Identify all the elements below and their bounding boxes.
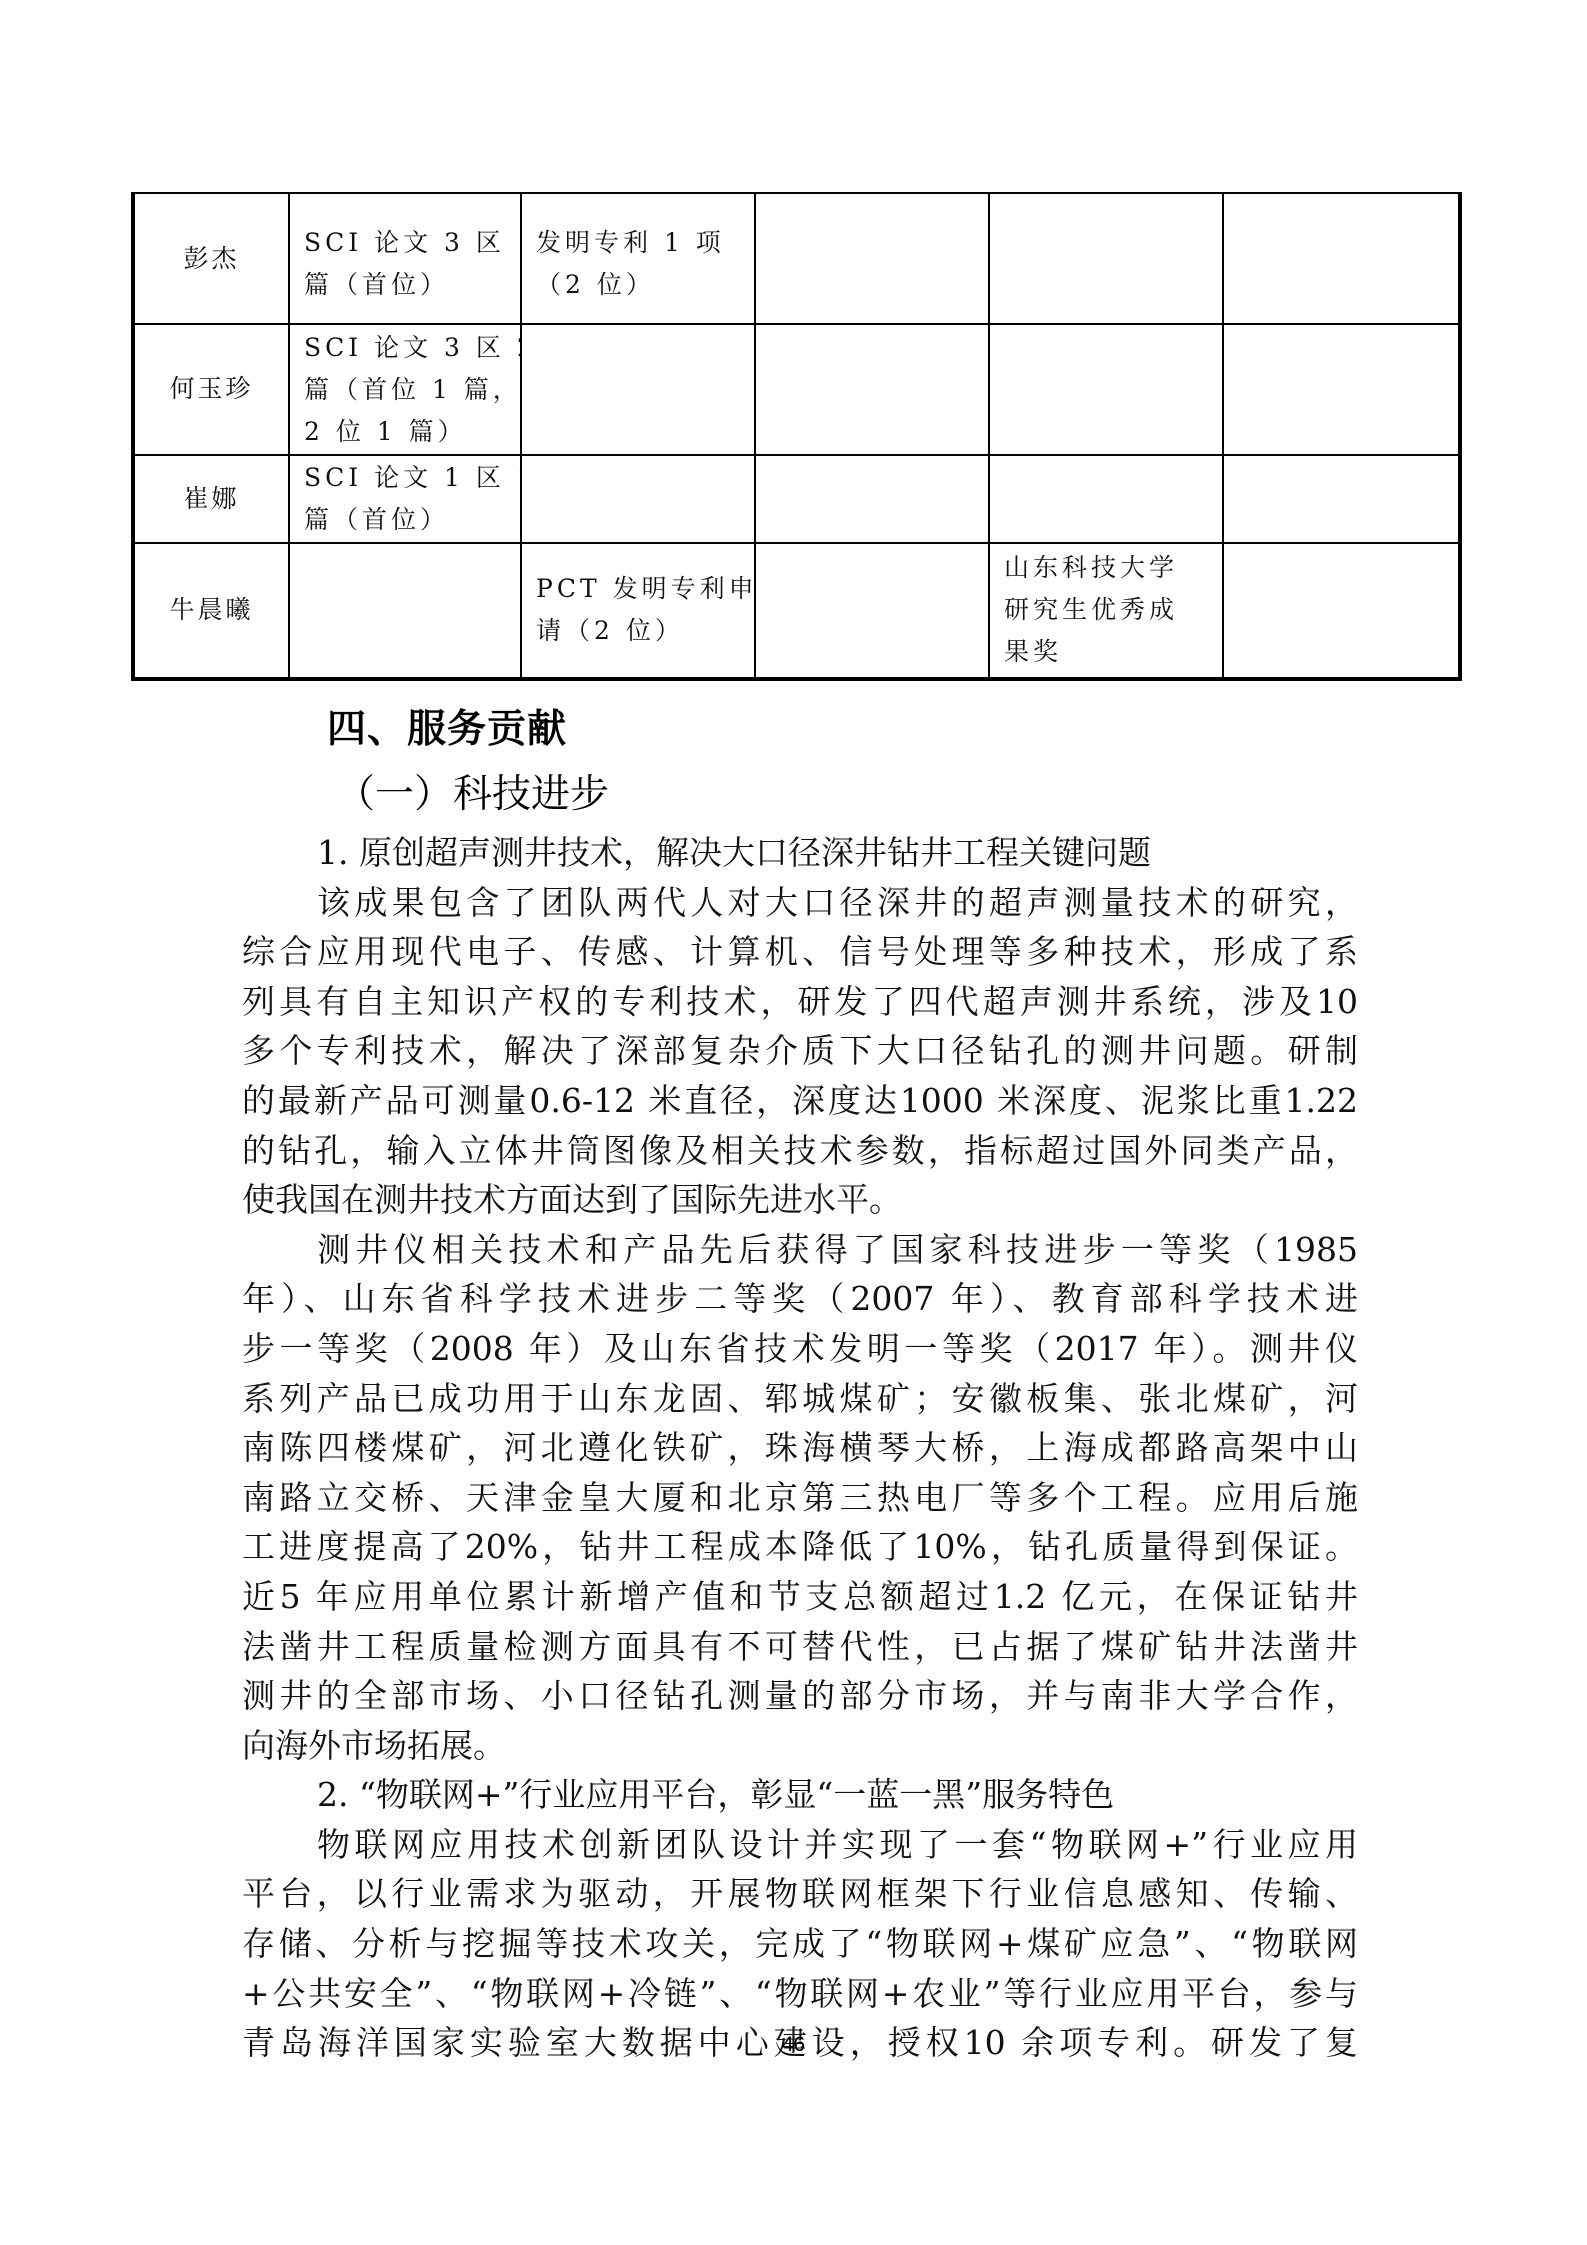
empty-cell	[1223, 455, 1460, 543]
paragraph-line: 工进度提高了20%，钻井工程成本降低了10%，钻孔质量得到保证。	[242, 1522, 1358, 1572]
paragraph-line: 使我国在测井技术方面达到了国际先进水平。	[242, 1175, 1358, 1225]
member-name: 崔娜	[183, 484, 239, 513]
body-text: 1. 原创超声测井技术，解决大口径深井钻井工程关键问题 该成果包含了团队两代人对…	[242, 828, 1358, 2068]
cell-text: SCI 论文 1 区 1	[304, 457, 510, 499]
table-row: 牛晨曦 PCT 发明专利申 请（2 位） 山东科技大学 研究生优秀成 果奖	[133, 543, 1460, 679]
paragraph-line: 测井的全部市场、小口径钻孔测量的部分市场，并与南非大学合作，	[242, 1671, 1358, 1721]
empty-cell	[755, 543, 989, 679]
item-title: 2. “物联网+”行业应用平台，彰显“一蓝一黑”服务特色	[242, 1770, 1358, 1820]
award-cell: 山东科技大学 研究生优秀成 果奖	[989, 543, 1223, 679]
paper-cell: SCI 论文 3 区 2 篇（首位 1 篇， 2 位 1 篇）	[289, 324, 521, 454]
subsection-heading: （一）科技进步	[336, 770, 609, 820]
patent-cell: PCT 发明专利申 请（2 位）	[521, 543, 755, 679]
empty-cell	[989, 193, 1223, 324]
empty-cell	[521, 324, 755, 454]
cell-text: 果奖	[1004, 631, 1212, 673]
empty-cell	[755, 324, 989, 454]
page-number: 46	[0, 2033, 1587, 2057]
paragraph-line: 列具有自主知识产权的专利技术，研发了四代超声测井系统，涉及10	[242, 977, 1358, 1027]
paragraph-line: 步一等奖（2008 年）及山东省技术发明一等奖（2017 年）。测井仪	[242, 1324, 1358, 1374]
document-page: 彭杰 SCI 论文 3 区 1 篇（首位） 发明专利 1 项 （2 位） 何玉珍	[0, 0, 1587, 2245]
paper-cell: SCI 论文 1 区 1 篇（首位）	[289, 455, 521, 543]
member-name: 牛晨曦	[169, 595, 253, 624]
paragraph-line: 近5 年应用单位累计新增产值和节支总额超过1.2 亿元，在保证钻井	[242, 1572, 1358, 1622]
cell-text: 2 位 1 篇）	[304, 411, 510, 453]
empty-cell	[289, 543, 521, 679]
paragraph-line: 法凿井工程质量检测方面具有不可替代性，已占据了煤矿钻井法凿井	[242, 1622, 1358, 1672]
paragraph-line: 系列产品已成功用于山东龙固、郓城煤矿；安徽板集、张北煤矿，河	[242, 1374, 1358, 1424]
paragraph-line: 该成果包含了团队两代人对大口径深井的超声测量技术的研究，	[242, 878, 1358, 928]
table-row: 崔娜 SCI 论文 1 区 1 篇（首位）	[133, 455, 1460, 543]
cell-text: 请（2 位）	[536, 610, 744, 652]
cell-text: SCI 论文 3 区 1	[304, 222, 510, 264]
empty-cell	[989, 455, 1223, 543]
paragraph-line: 存储、分析与挖掘等技术攻关，完成了“物联网+煤矿应急”、“物联网	[242, 1919, 1358, 1969]
section-heading: 四、服务贡献	[327, 706, 567, 754]
empty-cell	[521, 455, 755, 543]
cell-text: PCT 发明专利申	[536, 568, 744, 610]
cell-text: 山东科技大学	[1004, 547, 1212, 589]
cell-text: 篇（首位）	[304, 499, 510, 541]
table-row: 何玉珍 SCI 论文 3 区 2 篇（首位 1 篇， 2 位 1 篇）	[133, 324, 1460, 454]
paragraph-line: 物联网应用技术创新团队设计并实现了一套“物联网+”行业应用	[242, 1820, 1358, 1870]
item-title: 1. 原创超声测井技术，解决大口径深井钻井工程关键问题	[242, 828, 1358, 878]
member-name: 彭杰	[183, 244, 239, 273]
paragraph-line: 向海外市场拓展。	[242, 1721, 1358, 1771]
empty-cell	[1223, 543, 1460, 679]
paragraph-line: 的钻孔，输入立体井筒图像及相关技术参数，指标超过国外同类产品，	[242, 1126, 1358, 1176]
paragraph-line: 的最新产品可测量0.6-12 米直径，深度达1000 米深度、泥浆比重1.22	[242, 1076, 1358, 1126]
paragraph-line: 南路立交桥、天津金皇大厦和北京第三热电厂等多个工程。应用后施	[242, 1473, 1358, 1523]
patent-cell: 发明专利 1 项 （2 位）	[521, 193, 755, 324]
paper-cell: SCI 论文 3 区 1 篇（首位）	[289, 193, 521, 324]
cell-text: 篇（首位）	[304, 264, 510, 306]
member-name-cell: 牛晨曦	[133, 543, 289, 679]
cell-text: 篇（首位 1 篇，	[304, 369, 510, 411]
empty-cell	[1223, 193, 1460, 324]
member-name-cell: 彭杰	[133, 193, 289, 324]
empty-cell	[755, 455, 989, 543]
empty-cell	[1223, 324, 1460, 454]
cell-text: （2 位）	[536, 264, 744, 306]
member-name: 何玉珍	[169, 374, 253, 403]
empty-cell	[755, 193, 989, 324]
paragraph-line: 多个专利技术，解决了深部复杂介质下大口径钻孔的测井问题。研制	[242, 1026, 1358, 1076]
member-name-cell: 何玉珍	[133, 324, 289, 454]
achievement-table: 彭杰 SCI 论文 3 区 1 篇（首位） 发明专利 1 项 （2 位） 何玉珍	[131, 192, 1462, 681]
empty-cell	[989, 324, 1223, 454]
table-row: 彭杰 SCI 论文 3 区 1 篇（首位） 发明专利 1 项 （2 位）	[133, 193, 1460, 324]
cell-text: SCI 论文 3 区 2	[304, 327, 510, 369]
paragraph-line: 测井仪相关技术和产品先后获得了国家科技进步一等奖（1985	[242, 1225, 1358, 1275]
paragraph-line: +公共安全”、“物联网+冷链”、“物联网+农业”等行业应用平台，参与	[242, 1969, 1358, 2019]
member-name-cell: 崔娜	[133, 455, 289, 543]
paragraph-line: 南陈四楼煤矿，河北遵化铁矿，珠海横琴大桥，上海成都路高架中山	[242, 1423, 1358, 1473]
paragraph-line: 年）、山东省科学技术进步二等奖（2007 年）、教育部科学技术进	[242, 1274, 1358, 1324]
cell-text: 发明专利 1 项	[536, 222, 744, 264]
paragraph-line: 平台，以行业需求为驱动，开展物联网框架下行业信息感知、传输、	[242, 1869, 1358, 1919]
paragraph-line: 综合应用现代电子、传感、计算机、信号处理等多种技术，形成了系	[242, 927, 1358, 977]
cell-text: 研究生优秀成	[1004, 589, 1212, 631]
